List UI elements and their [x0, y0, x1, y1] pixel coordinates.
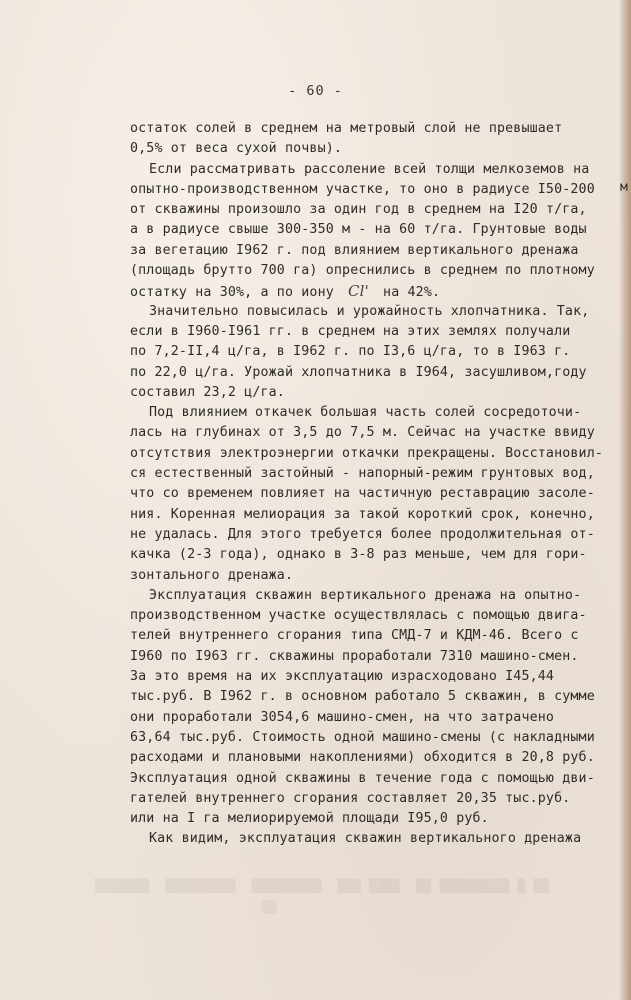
text-line: остатку на 30%, а по иону Cl' на 42%. [130, 281, 610, 301]
text-line: составил 23,2 ц/га. [130, 383, 610, 403]
text-line: а в радиусе свыше 300-350 м - на 60 т/га… [130, 220, 610, 240]
text-line: производственном участке осуществлялась … [130, 606, 610, 626]
text-line: (площадь брутто 700 га) опреснились в ср… [130, 261, 610, 281]
text-line: За это время на их эксплуатацию израсход… [130, 667, 610, 687]
text-line: лась на глубинах от 3,5 до 7,5 м. Сейчас… [130, 423, 610, 443]
text-segment: остатку на 30%, а по иону [130, 285, 342, 300]
text-line: І960 по І963 гг. скважины проработали 73… [130, 647, 610, 667]
bleed-through-mark: ▒▒ [262, 900, 276, 914]
text-line: они проработали 3054,6 машино-смен, на ч… [130, 708, 610, 728]
text-line: Эксплуатация скважин вертикального дрена… [130, 586, 610, 606]
page-edge-shadow [619, 0, 631, 1000]
text-line: отсутствия электроэнергии откачки прекра… [130, 444, 610, 464]
text-line: остаток солей в среднем на метровый слой… [130, 119, 610, 139]
text-line: тыс.руб. В І962 г. в основном работало 5… [130, 687, 610, 707]
text-line: Значительно повысилась и урожайность хло… [130, 302, 610, 322]
text-line: зонтального дренажа. [130, 566, 610, 586]
text-line: за вегетацию І962 г. под влиянием вертик… [130, 241, 610, 261]
text-line: 63,64 тыс.руб. Стоимость одной машино-см… [130, 728, 610, 748]
text-line: Если рассматривать рассоление всей толщи… [130, 160, 610, 180]
text-line: или на І га мелиорируемой площади І95,0 … [130, 809, 610, 829]
body-text: остаток солей в среднем на метровый слой… [130, 119, 610, 850]
text-line: не удалась. Для этого требуется более пр… [130, 525, 610, 545]
text-line: телей внутреннего сгорания типа СМД-7 и … [130, 626, 610, 646]
document-page: - 60 - м остаток солей в среднем на метр… [0, 0, 631, 1000]
text-line: от скважины произошло за один год в сред… [130, 200, 610, 220]
text-line: по 7,2-II,4 ц/га, в І962 г. по І3,6 ц/га… [130, 342, 610, 362]
text-line: если в І960-І961 гг. в среднем на этих з… [130, 322, 610, 342]
text-line: качка (2-3 года), однако в 3-8 раз меньш… [130, 545, 610, 565]
text-line: расходами и плановыми накоплениями) обхо… [130, 748, 610, 768]
text-segment: на 42%. [375, 285, 440, 300]
text-line: опытно-производственном участке, то оно … [130, 180, 610, 200]
bleed-through-text: ▒▒▒▒▒▒▒ ▒▒▒▒▒▒▒▒▒ ▒▒▒▒▒▒▒▒▒ ▒▒▒ ▒▒▒▒ ▒▒ … [95, 878, 555, 893]
text-line: 0,5% от веса сухой почвы). [130, 139, 610, 159]
text-line: ния. Коренная мелиорация за такой коротк… [130, 505, 610, 525]
text-line: Как видим, эксплуатация скважин вертикал… [130, 829, 610, 849]
text-line: Под влиянием откачек большая часть солей… [130, 403, 610, 423]
text-line: гателей внутреннего сгорания составляет … [130, 789, 610, 809]
page-number: - 60 - [0, 83, 631, 99]
text-line: по 22,0 ц/га. Урожай хлопчатника в І964,… [130, 363, 610, 383]
handwritten-chloride-ion: Cl' [342, 282, 375, 300]
text-line: Эксплуатация одной скважины в течение го… [130, 769, 610, 789]
text-line: ся естественный застойный - напорный-реж… [130, 464, 610, 484]
text-line: что со временем повлияет на частичную ре… [130, 484, 610, 504]
margin-mark: м [620, 180, 628, 195]
